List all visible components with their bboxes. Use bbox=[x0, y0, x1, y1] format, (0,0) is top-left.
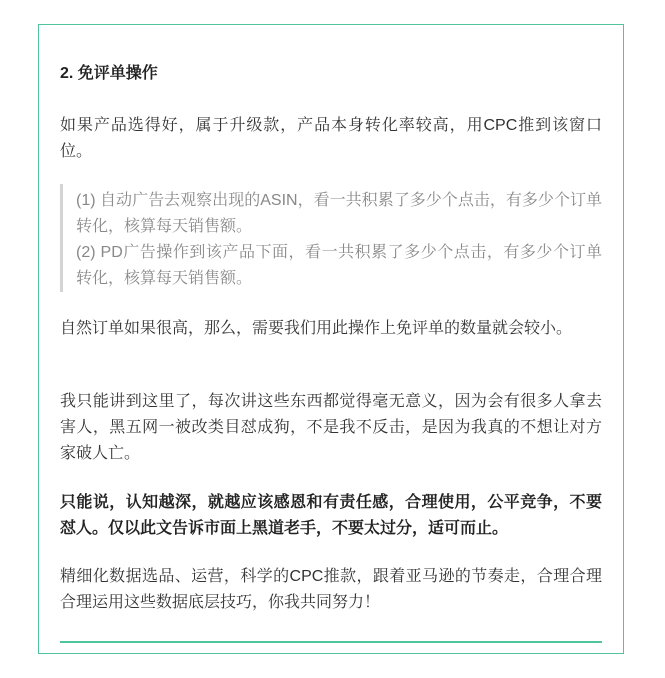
bottom-divider bbox=[60, 641, 602, 643]
closing-paragraph: 我只能讲到这里了，每次讲这些东西都觉得毫无意义，因为会有很多人拿去害人，黑五网一… bbox=[60, 389, 602, 467]
emphasis-paragraph: 只能说，认知越深，就越应该感恩和有责任感，合理使用，公平竞争，不要怼人。仅以此文… bbox=[60, 490, 602, 542]
final-paragraph: 精细化数据选品、运营，科学的CPC推款，跟着亚马逊的节奏走，合理合理合理运用这些… bbox=[60, 564, 602, 616]
empty-line bbox=[60, 363, 602, 389]
quote-item-1: (1) 自动广告去观察出现的ASIN，看一共积累了多少个点击，有多少个订单转化，… bbox=[76, 188, 602, 240]
quote-item-2: (2) PD广告操作到该产品下面，看一共积累了多少个点击，有多少个订单转化，核算… bbox=[76, 240, 602, 292]
note-paragraph: 自然订单如果很高，那么，需要我们用此操作上免评单的数量就会较小。 bbox=[60, 316, 602, 342]
article-content: 2. 免评单操作 如果产品选得好，属于升级款，产品本身转化率较高，用CPC推到该… bbox=[60, 61, 602, 616]
article-frame: 2. 免评单操作 如果产品选得好，属于升级款，产品本身转化率较高，用CPC推到该… bbox=[38, 24, 624, 654]
section-heading: 2. 免评单操作 bbox=[60, 61, 602, 87]
intro-paragraph: 如果产品选得好，属于升级款，产品本身转化率较高，用CPC推到该窗口位。 bbox=[60, 113, 602, 165]
steps-blockquote: (1) 自动广告去观察出现的ASIN，看一共积累了多少个点击，有多少个订单转化，… bbox=[60, 184, 602, 292]
